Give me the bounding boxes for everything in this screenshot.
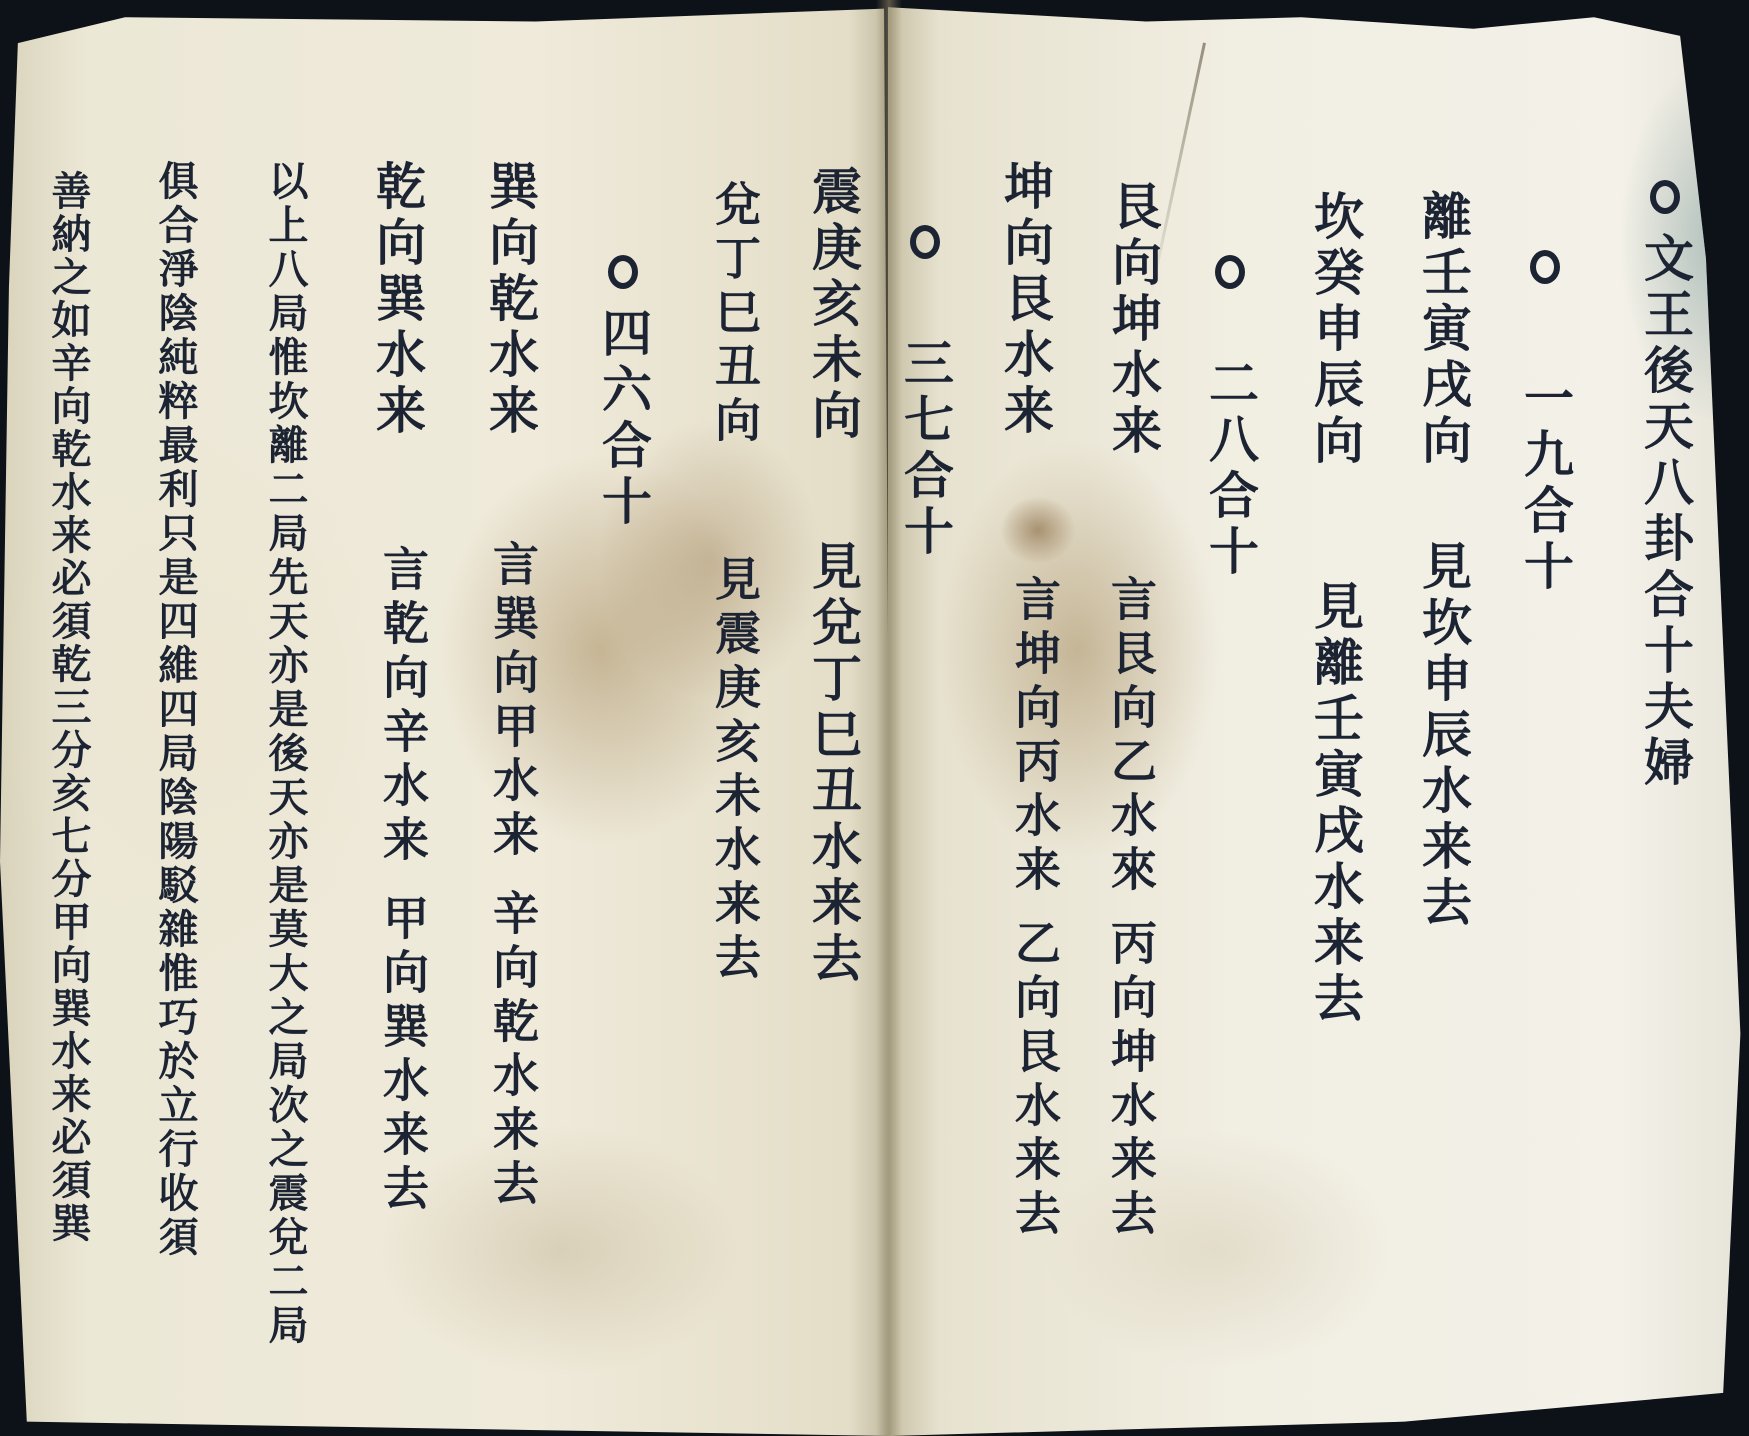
text-column: 言坤向丙水来乙向艮水来去 [1012,575,1058,1243]
text-column: 離壬寅戌向見坎申辰水来去 [1418,190,1468,932]
page-title: 文王後天八卦合十夫婦 [1636,232,1695,792]
circle-marker-icon [1530,250,1560,284]
circle-marker-icon [1215,255,1245,289]
section-heading-4: 四六合十 [598,255,648,531]
manuscript-spread: 文王後天八卦合十夫婦 一九合十 離壬寅戌向見坎申辰水来去 坎癸申辰向見離壬寅戌水… [0,0,1749,1436]
text-column: 震庚亥未向見兌丁巳丑水来去 [808,165,858,988]
section-heading-2: 二八合十 [1205,255,1255,581]
circle-marker-icon [1650,180,1680,214]
text-column: 言乾向辛水来甲向巽水来去 [380,545,426,1218]
text-column: 兌丁巳丑向見震庚亥未水来去 [712,180,758,987]
text-column: 艮向坤水来 [1108,180,1158,460]
text-column: 言艮向乙水來丙向坤水来去 [1108,575,1154,1243]
circle-marker-icon [910,225,940,259]
commentary-column: 以上八局惟坎離二局先天亦是後天亦是莫大之局次之震兌二局 [265,160,305,1348]
title-column: 文王後天八卦合十夫婦 [1640,180,1690,792]
section-heading-1: 一九合十 [1520,250,1570,596]
text-column: 乾向巽水来 [372,160,422,440]
commentary-column: 俱合淨陰純粹最利只是四維四局陰陽駁雜惟巧於立行收須 [155,160,195,1260]
text-column: 巽向乾水来 [485,160,535,440]
section-heading-3: 三七合十 [900,225,950,561]
text-column: 坎癸申辰向見離壬寅戌水来去 [1310,190,1360,1028]
book-spine [876,0,902,1436]
commentary-column: 善納之如辛向乾水来必須乾三分亥七分甲向巽水来必須巽 [48,170,88,1245]
text-column: 坤向艮水来 [1000,160,1050,440]
text-column: 言巽向甲水来辛向乾水来去 [490,540,536,1213]
circle-marker-icon [608,255,638,289]
